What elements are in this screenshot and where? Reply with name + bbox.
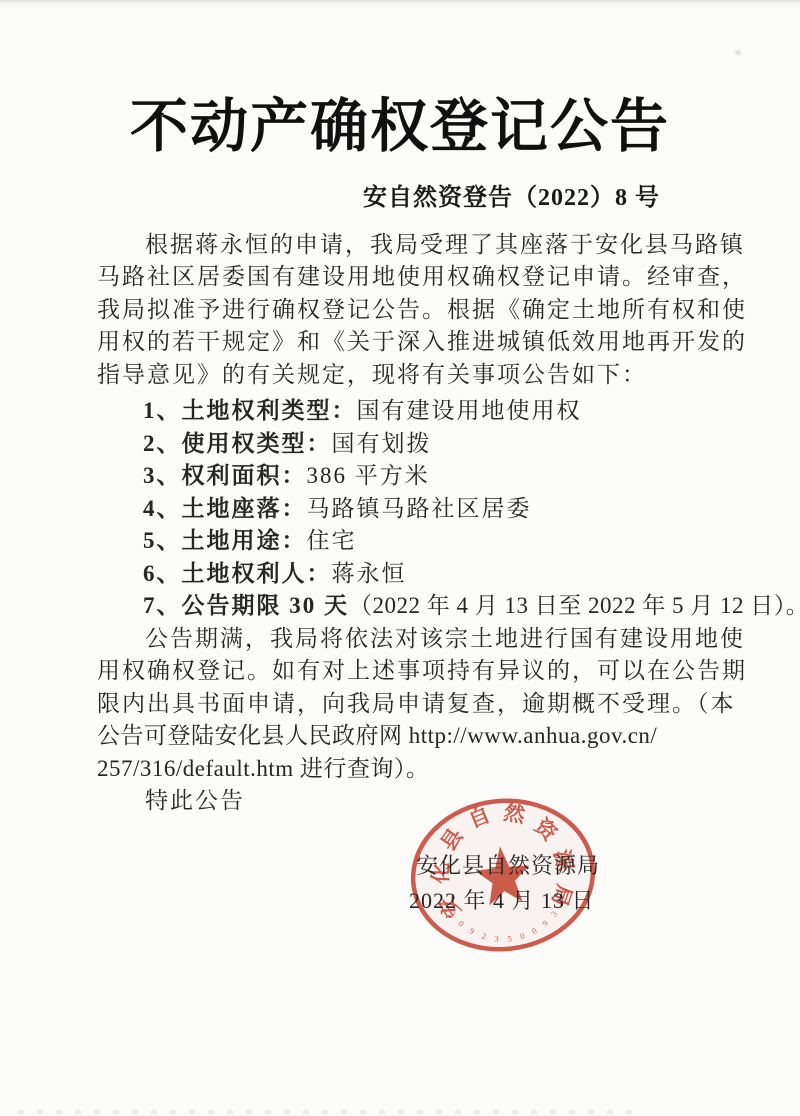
body-line: 257/316/default.htm 进行查询）。 [97,753,715,786]
scan-noise-bottom [18,1110,638,1114]
item-value: 蒋永恒 [332,561,407,586]
body-line: 用权的若干规定》和《关于深入推进城镇低效用地再开发的 [97,326,715,359]
document-body: 根据蒋永恒的申请，我局受理了其座落于安化县马路镇 马路社区居委国有建设用地使用权… [0,229,800,818]
paragraph-intro: 根据蒋永恒的申请，我局受理了其座落于安化县马路镇 马路社区居委国有建设用地使用权… [97,229,715,392]
item-value: 386 平方米 [307,463,430,488]
scan-smudge [735,50,741,55]
body-line: 限内出具书面申请，向我局申请复查，逾期概不受理。（本 [97,688,715,721]
body-line: 根据蒋永恒的申请，我局受理了其座落于安化县马路镇 [97,229,715,262]
item-label: 2、使用权类型： [143,431,332,456]
item-label: 1、土地权利类型： [143,398,357,423]
item-row: 2、使用权类型：国有划拨 [143,428,715,461]
item-value: 国有划拨 [332,431,432,456]
item-label: 5、土地用途： [143,528,307,553]
item-row: 6、土地权利人：蒋永恒 [143,558,715,591]
item-label: 7、公告期限 30 天 [143,593,349,618]
item-label: 3、权利面积： [143,463,307,488]
scanned-document-page: 不动产确权登记公告 安自然资登告（2022）8 号 根据蒋永恒的申请，我局受理了… [0,0,800,1116]
item-label: 4、土地座落： [143,496,307,521]
item-label: 6、土地权利人： [143,561,332,586]
item-value: 住宅 [307,528,357,553]
document-number: 安自然资登告（2022）8 号 [0,177,800,212]
signature-date: 2022 年 4 月 13 日 [409,884,595,915]
announcement-items: 1、土地权利类型：国有建设用地使用权 2、使用权类型：国有划拨 3、权利面积：3… [97,395,715,623]
item-row: 5、土地用途：住宅 [143,525,715,558]
item-value: 马路镇马路社区居委 [307,496,532,521]
paragraph-closing: 公告期满，我局将依法对该宗土地进行国有建设用地使 用权确权登记。如有对上述事项持… [97,623,715,786]
body-line: 公告期满，我局将依法对该宗土地进行国有建设用地使 [97,623,715,656]
item-row: 7、公告期限 30 天（2022 年 4 月 13 日至 2022 年 5 月 … [143,590,715,623]
body-line: 用权确权登记。如有对上述事项持有异议的，可以在公告期 [97,655,715,688]
body-line: 指导意见》的有关规定，现将有关事项公告如下： [97,359,715,392]
body-line: 公告可登陆安化县人民政府网 http://www.anhua.gov.cn/ [97,720,715,753]
item-value: 国有建设用地使用权 [357,398,582,423]
body-line: 马路社区居委国有建设用地使用权确权登记申请。经审查， [97,261,715,294]
body-line: 我局拟准予进行确权登记公告。根据《确定土地所有权和使 [97,294,715,327]
item-row: 1、土地权利类型：国有建设用地使用权 [143,395,715,428]
item-row: 3、权利面积：386 平方米 [143,460,715,493]
item-row: 4、土地座落：马路镇马路社区居委 [143,493,715,526]
signature-org: 安化县自然资源局 [416,849,600,880]
document-title: 不动产确权登记公告 [0,0,800,161]
scan-noise-top [0,0,800,7]
item-value: （2022 年 4 月 13 日至 2022 年 5 月 12 日）。 [349,593,800,618]
